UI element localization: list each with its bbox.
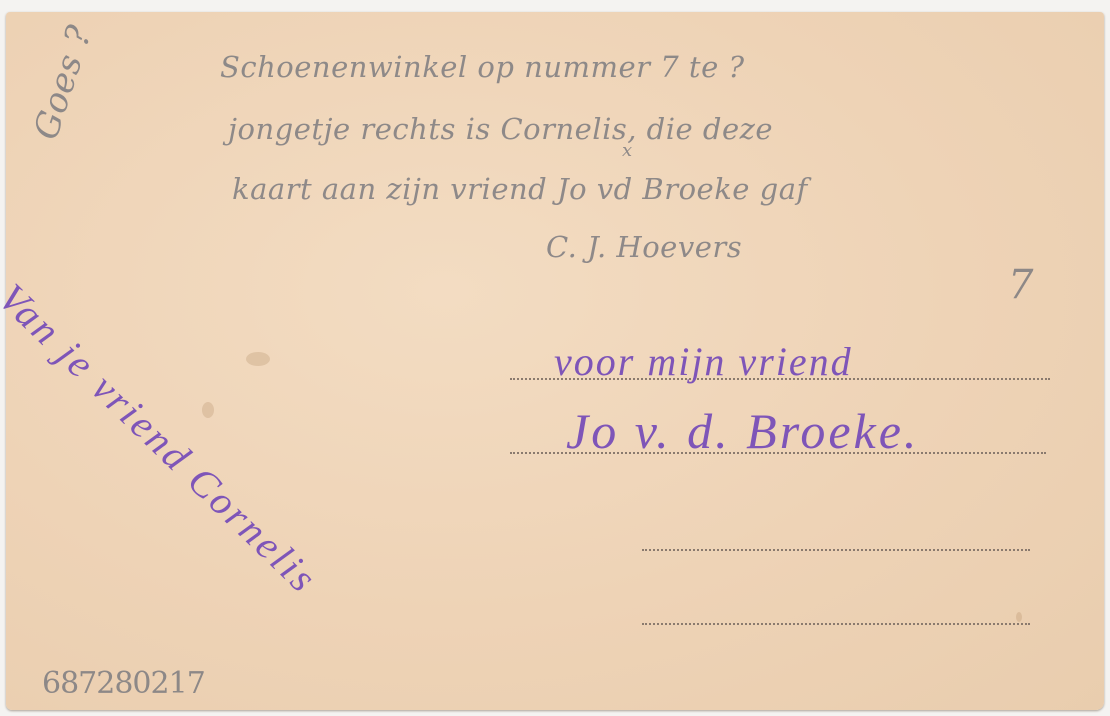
pencil-line-1: Schoenenwinkel op nummer 7 te ? <box>220 50 745 84</box>
paper-stain <box>202 402 214 418</box>
archive-number: 687280217 <box>42 666 205 701</box>
pencil-number-7: 7 <box>1008 262 1034 308</box>
ink-address-line-2: Jo v. d. Broeke. <box>566 402 919 460</box>
ink-diagonal-message: Van je vriend Cornelis <box>0 274 328 603</box>
pencil-line-2: jongetje rechts is Cornelis, die deze <box>228 112 773 146</box>
ink-address-line-1: voor mijn vriend <box>554 338 853 385</box>
paper-stain <box>246 352 270 366</box>
pencil-mark-x: x <box>622 140 633 161</box>
pencil-line-3: kaart aan zijn vriend Jo vd Broeke gaf <box>232 172 808 206</box>
address-line-4 <box>642 623 1030 625</box>
paper-stain <box>1016 612 1022 622</box>
address-line-3 <box>642 549 1030 551</box>
pencil-signature: C. J. Hoevers <box>546 230 742 264</box>
postcard-back: Goes ? Schoenenwinkel op nummer 7 te ? j… <box>6 12 1104 710</box>
pencil-note-goes: Goes ? <box>26 20 100 144</box>
